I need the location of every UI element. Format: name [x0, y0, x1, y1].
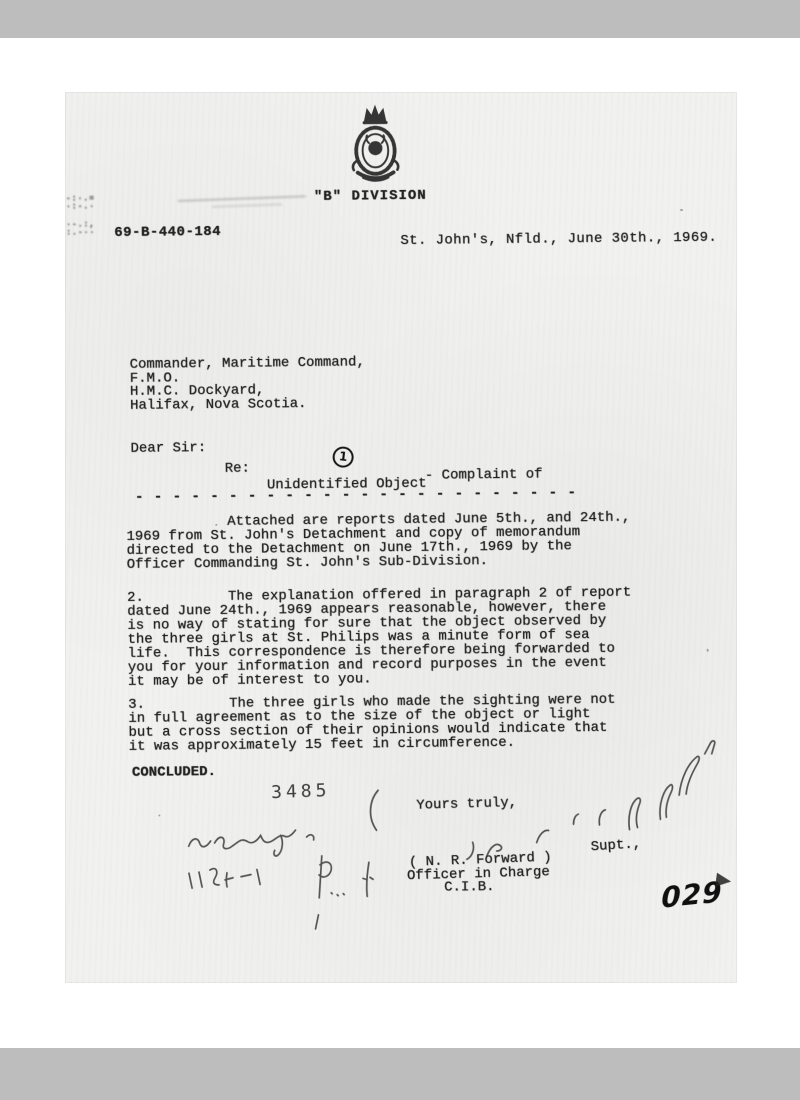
signature-unit: C.I.B.	[444, 880, 495, 895]
scan-speck	[680, 209, 683, 211]
scan-gray-band-bottom	[0, 1048, 800, 1100]
letter-page: "B" DIVISION -:·.= ·:-.· ·-.:, :.-·· 69-…	[65, 92, 737, 983]
re-underline: - - - - - - - - - - - - - - - - - - - - …	[135, 486, 577, 505]
division-title: "B" DIVISION	[314, 189, 427, 204]
paragraph-2: 2. The explanation offered in paragraph …	[127, 586, 632, 689]
closing-line: Yours truly,	[416, 796, 517, 813]
rcmp-crest-icon	[343, 102, 408, 191]
concluded-label: CONCLUDED.	[132, 765, 216, 780]
stamp-number: 3485	[271, 782, 331, 802]
scan-speck	[158, 815, 160, 817]
page-number: 029	[661, 879, 722, 913]
paragraph-3: 3. The three girls who made the sighting…	[128, 693, 616, 754]
re-label: Re:	[225, 462, 250, 476]
paragraph-1: Attached are reports dated June 5th., an…	[126, 511, 631, 572]
ink-smudge: -:·.= ·:-.·	[66, 195, 95, 211]
re-subject-right: - Complaint of	[425, 468, 543, 483]
file-number: 69-B-440-184	[114, 225, 221, 240]
signature-rank: Supt.,	[590, 837, 641, 854]
dateline: St. John's, Nfld., June 30th., 1969.	[400, 231, 717, 248]
salutation: Dear Sir:	[130, 441, 206, 456]
scan-speck	[707, 649, 709, 652]
scan-gray-band-top	[0, 0, 800, 38]
letter-content: "B" DIVISION -:·.= ·:-.· ·-.:, :.-·· 69-…	[61, 89, 742, 987]
erased-text-line	[212, 203, 282, 208]
erased-text-line	[178, 195, 306, 202]
ink-smudge: ·-.:, :.-··	[66, 221, 95, 237]
circled-number: 1	[332, 445, 355, 468]
scan-speck	[215, 524, 217, 526]
address-block: Commander, Maritime Command, F.M.O. H.M.…	[130, 356, 366, 412]
